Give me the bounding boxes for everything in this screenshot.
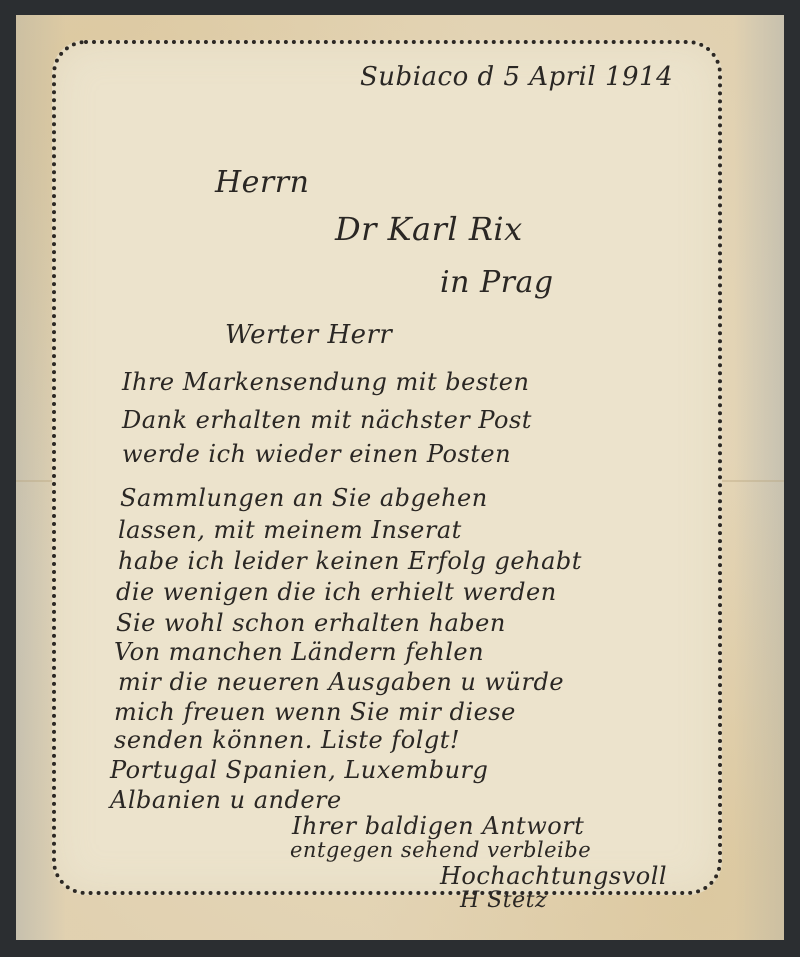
body-line: Portugal Spanien, Luxemburg [110,756,488,784]
greeting: Werter Herr [225,320,392,350]
body-line: habe ich leider keinen Erfolg gehabt [118,547,582,575]
body-line: Sie wohl schon erhalten haben [116,609,506,637]
address-name: Dr Karl Rix [335,210,523,248]
closing-line: entgegen sehend verbleibe [290,838,591,862]
body-line: werde ich wieder einen Posten [122,440,511,468]
body-line: Von manchen Ländern fehlen [114,638,484,666]
body-line: mich freuen wenn Sie mir diese [114,698,516,726]
body-line: Ihre Markensendung mit besten [122,368,529,396]
body-line: Dank erhalten mit nächster Post [122,406,532,434]
closing-line: Hochachtungsvoll [440,862,667,890]
body-line: Sammlungen an Sie abgehen [120,484,488,512]
address-city: in Prag [440,265,554,300]
body-line: mir die neueren Ausgaben u würde [118,668,564,696]
closing-line: Ihrer baldigen Antwort [292,812,584,840]
body-line: Albanien u andere [110,786,342,814]
body-line: lassen, mit meinem Inserat [118,516,462,544]
body-line: die wenigen die ich erhielt werden [116,578,557,606]
body-line: senden können. Liste folgt! [114,726,460,754]
date-line: Subiaco d 5 April 1914 [360,62,673,92]
address-salutation: Herrn [215,165,309,200]
signature: H Stetz [460,888,547,913]
